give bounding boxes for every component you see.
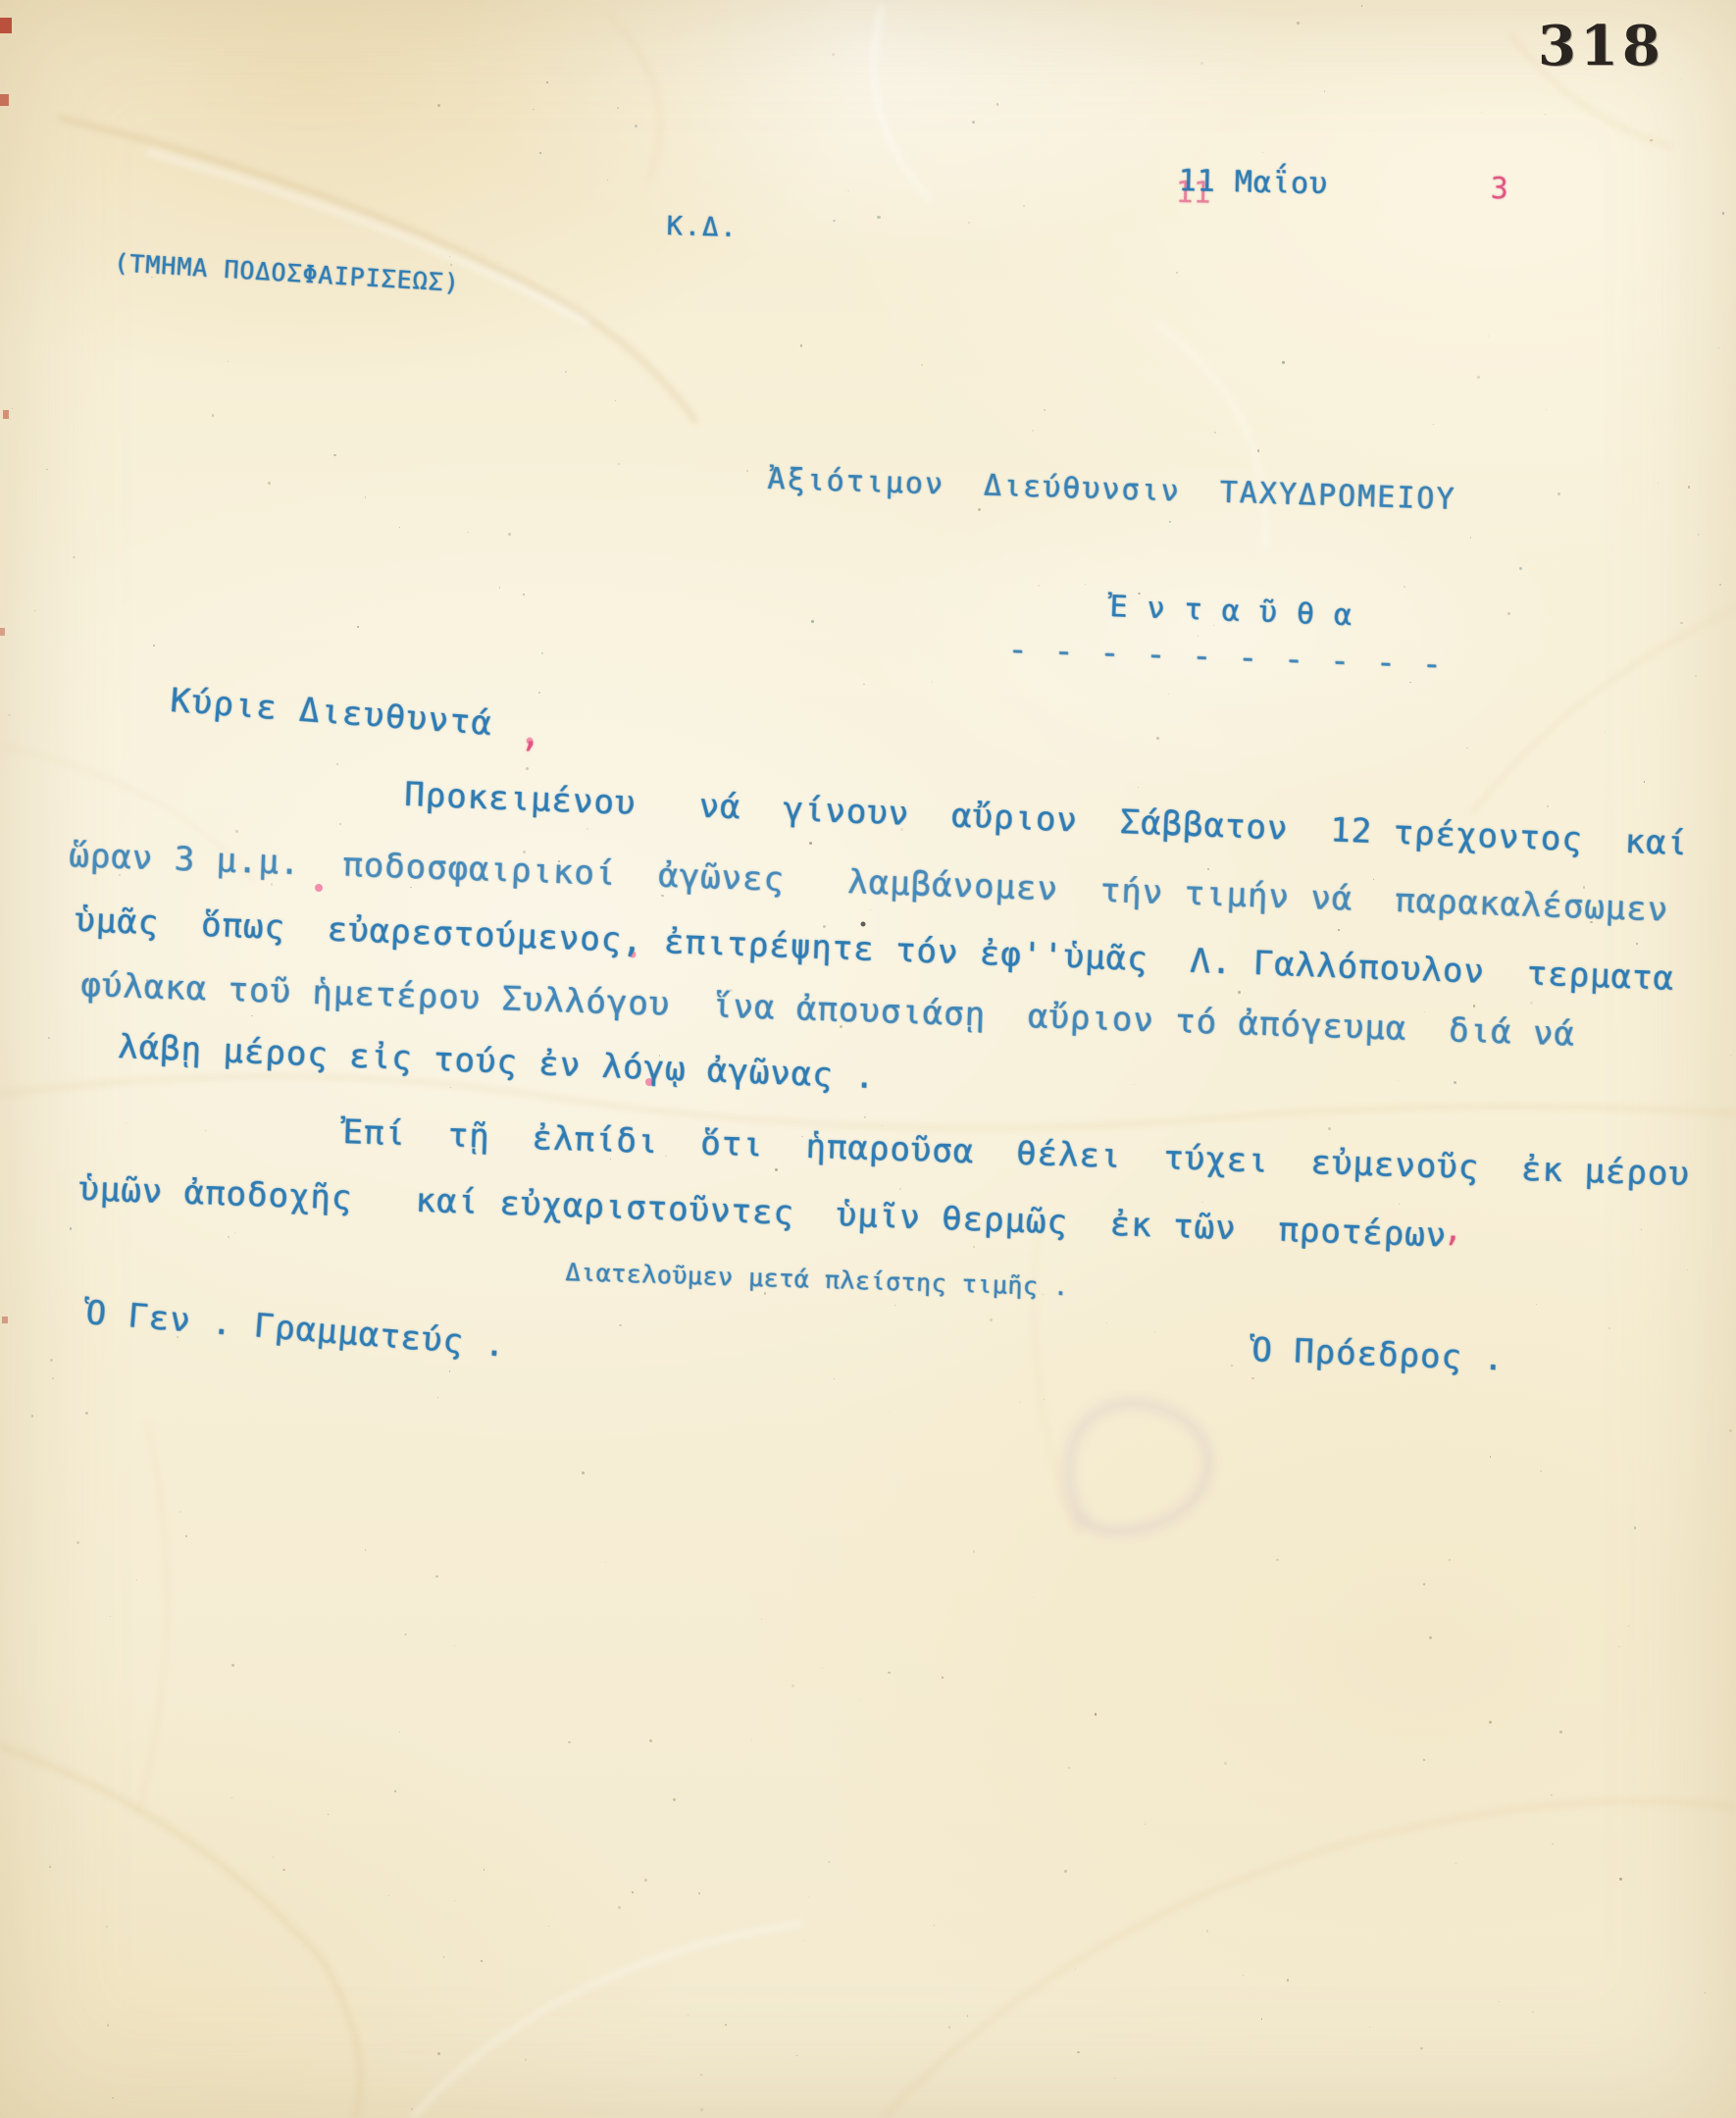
body-line-6: Ἐπί τῇ ἐλπίδι ὅτι ἡπαροῦσα θέλει τύχει ε… <box>342 1115 1691 1193</box>
signature-secretary: Ὁ Γεν . Γραμματεύς . <box>84 1296 507 1364</box>
left-edge-red-marks <box>0 18 12 1323</box>
location-word: Ἐ ν τ α ῦ θ α <box>1109 592 1353 632</box>
signature-president: Ὁ Πρόεδρος . <box>1251 1333 1506 1377</box>
salutation-red-comma: , <box>519 716 542 754</box>
red-mark: 3 <box>1490 174 1508 205</box>
pencil-scribble <box>1068 1403 1208 1531</box>
location-dashes: - - - - - - - - - - <box>1007 633 1446 683</box>
closing-line: Διατελοῦμεν μετά πλείστης τιμῆς . <box>565 1260 1069 1300</box>
salutation: Κύριε Διευθυντά <box>169 684 493 743</box>
trailing-red-comma: , <box>1443 1213 1464 1248</box>
body-line-1: Προκειμένου νά γίνουν αὔριον Σάββατον 12… <box>404 778 1689 862</box>
addressee-line: Ἀξιότιμον Διεύθυνσιν ΤΑΧΥΔΡΟΜΕΙΟΥ <box>767 464 1456 515</box>
body-line-5: λάβῃ μέρος εἰς τούς ἐν λόγῳ ἀγῶνας . <box>118 1030 877 1096</box>
archive-page-number: 318 <box>1538 14 1664 78</box>
body-line-7: ὑμῶν ἀποδοχῆς καί εὐχαριστοῦντες ὑμῖν θε… <box>78 1172 1448 1254</box>
department-line: (ΤΜΗΜΑ ΠΟΔΟΣΦΑΙΡΙΣΕΩΣ) <box>113 250 460 296</box>
date-line: 11 Μαΐου <box>1178 166 1328 200</box>
scanned-letter-page: 318 11 11 Μαΐου 3 Κ.Δ. (ΤΜΗΜΑ ΠΟΔΟΣΦΑΙΡΙ… <box>0 0 1736 2118</box>
reference-code: Κ.Δ. <box>666 213 739 242</box>
